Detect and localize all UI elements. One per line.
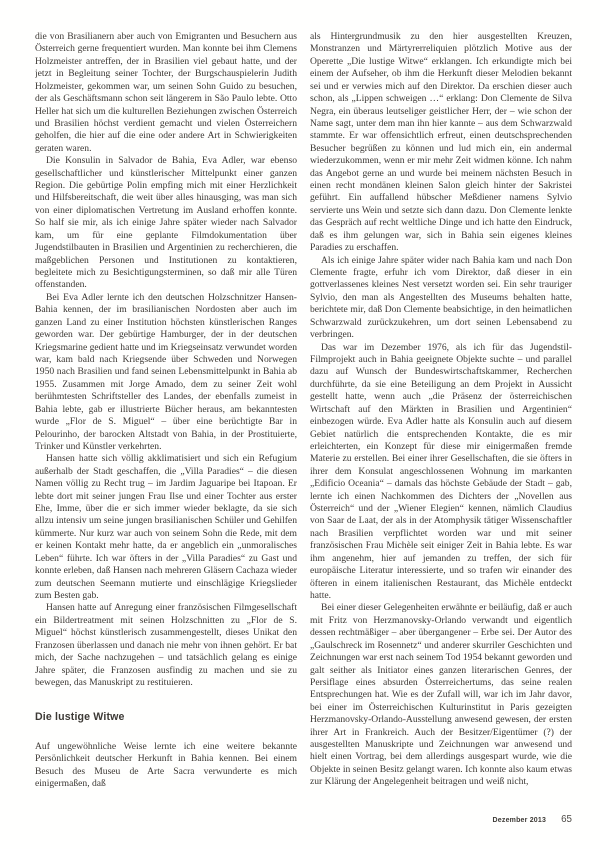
two-column-layout: die von Brasilianern aber auch von Emigr…: [35, 31, 572, 799]
body-paragraph: Hansen hatte sich völlig akklimatisiert …: [35, 453, 297, 602]
left-column: die von Brasilianern aber auch von Emigr…: [35, 31, 297, 799]
issue-date: Dezember 2013: [493, 817, 547, 824]
page-footer: Dezember 2013 65: [493, 814, 572, 825]
body-paragraph: Als ich einige Jahre später wider nach B…: [310, 255, 572, 342]
book-page: die von Brasilianern aber auch von Emigr…: [0, 0, 600, 849]
body-paragraph: Die Konsulin in Salvador de Bahia, Eva A…: [35, 155, 297, 292]
page-number: 65: [561, 814, 572, 825]
section-heading: Die lustige Witwe: [35, 711, 297, 723]
body-paragraph: Bei Eva Adler lernte ich den deutschen H…: [35, 292, 297, 453]
body-paragraph: die von Brasilianern aber auch von Emigr…: [35, 31, 297, 155]
body-paragraph: als Hintergrundmusik zu den hier ausgest…: [310, 31, 572, 255]
right-column: als Hintergrundmusik zu den hier ausgest…: [310, 31, 572, 799]
body-paragraph: Bei einer dieser Gelegenheiten erwähnte …: [310, 602, 572, 788]
body-paragraph: Das war im Dezember 1976, als ich für da…: [310, 342, 572, 603]
body-paragraph: Auf ungewöhnliche Weise lernte ich eine …: [35, 741, 297, 791]
body-paragraph: Hansen hatte auf Anregung einer französi…: [35, 602, 297, 689]
